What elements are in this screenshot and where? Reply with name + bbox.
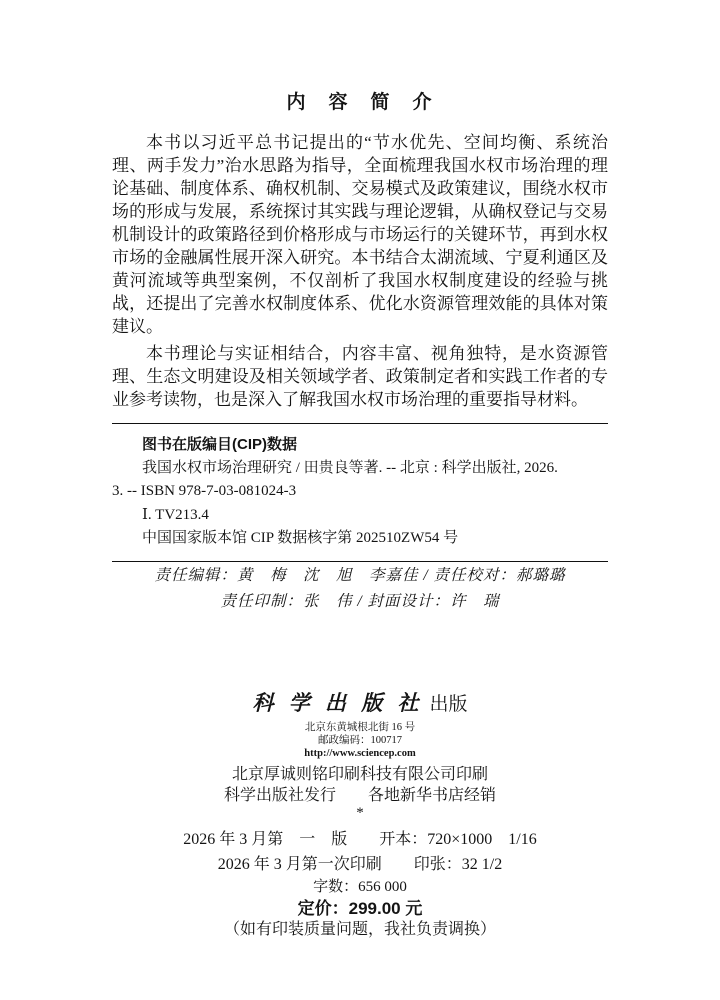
content-summary-section: 内 容 简 介 本书以习近平总书记提出的“节水优先、空间均衡、系统治理、两手发力… — [112, 0, 608, 411]
credits-printing-design-line: 责任印制：张 伟 / 封面设计：许 瑞 — [0, 589, 720, 615]
page-title: 内 容 简 介 — [112, 90, 608, 116]
distribution-line: 科学出版社发行 各地新华书店经销 — [0, 785, 720, 806]
cip-classification-line: Ⅰ. TV213.4 — [112, 504, 608, 528]
publisher-suffix: 出版 — [429, 694, 467, 715]
star-separator: * — [0, 806, 720, 820]
cip-title-line: 我国水权市场治理研究 / 田贵良等著. -- 北京 : 科学出版社, 2026. — [112, 457, 608, 481]
price-line: 定价：299.00 元 — [0, 898, 720, 919]
book-copyright-page: 内 容 简 介 本书以习近平总书记提出的“节水优先、空间均衡、系统治理、两手发力… — [0, 0, 720, 1000]
edition-format-line: 2026 年 3 月第 一 版 开本：720×1000 1/16 — [0, 827, 720, 852]
printer-line: 北京厚诚则铭印刷科技有限公司印刷 — [0, 764, 720, 785]
cip-heading: 图书在版编目(CIP)数据 — [112, 433, 608, 457]
quality-notice-line: （如有印装质量问题，我社负责调换） — [0, 919, 720, 940]
summary-paragraph-2: 本书理论与实证相结合，内容丰富、视角独特，是水资源管理、生态文明建设及相关领域学… — [112, 342, 608, 411]
credits-editors-line: 责任编辑：黄 梅 沈 旭 李嘉佳 / 责任校对：郝璐璐 — [0, 563, 720, 589]
summary-paragraph-1: 本书以习近平总书记提出的“节水优先、空间均衡、系统治理、两手发力”治水思路为指导… — [112, 131, 608, 338]
editorial-credits: 责任编辑：黄 梅 沈 旭 李嘉佳 / 责任校对：郝璐璐 责任印制：张 伟 / 封… — [0, 563, 720, 615]
printing-sheets-line: 2026 年 3 月第一次印刷 印张：32 1/2 — [0, 852, 720, 877]
publisher-address-block: 北京东黄城根北街 16 号 邮政编码：100717 http://www.sci… — [0, 721, 720, 760]
publisher-website-url: http://www.sciencep.com — [0, 747, 720, 760]
publisher-postcode: 邮政编码：100717 — [0, 734, 720, 747]
word-count-line: 字数：656 000 — [0, 877, 720, 898]
cip-data-block: 图书在版编目(CIP)数据 我国水权市场治理研究 / 田贵良等著. -- 北京 … — [112, 423, 608, 562]
publisher-logotype: 科 学 出 版 社 — [252, 691, 423, 715]
publisher-street-address: 北京东黄城根北街 16 号 — [0, 721, 720, 734]
cip-registration-line: 中国国家版本馆 CIP 数据核字第 202510ZW54 号 — [112, 527, 608, 551]
cip-isbn-line: 3. -- ISBN 978-7-03-081024-3 — [112, 480, 608, 504]
publisher-line: 科 学 出 版 社出版 — [0, 690, 720, 719]
colophon-section: 科 学 出 版 社出版 北京东黄城根北街 16 号 邮政编码：100717 ht… — [0, 690, 720, 940]
